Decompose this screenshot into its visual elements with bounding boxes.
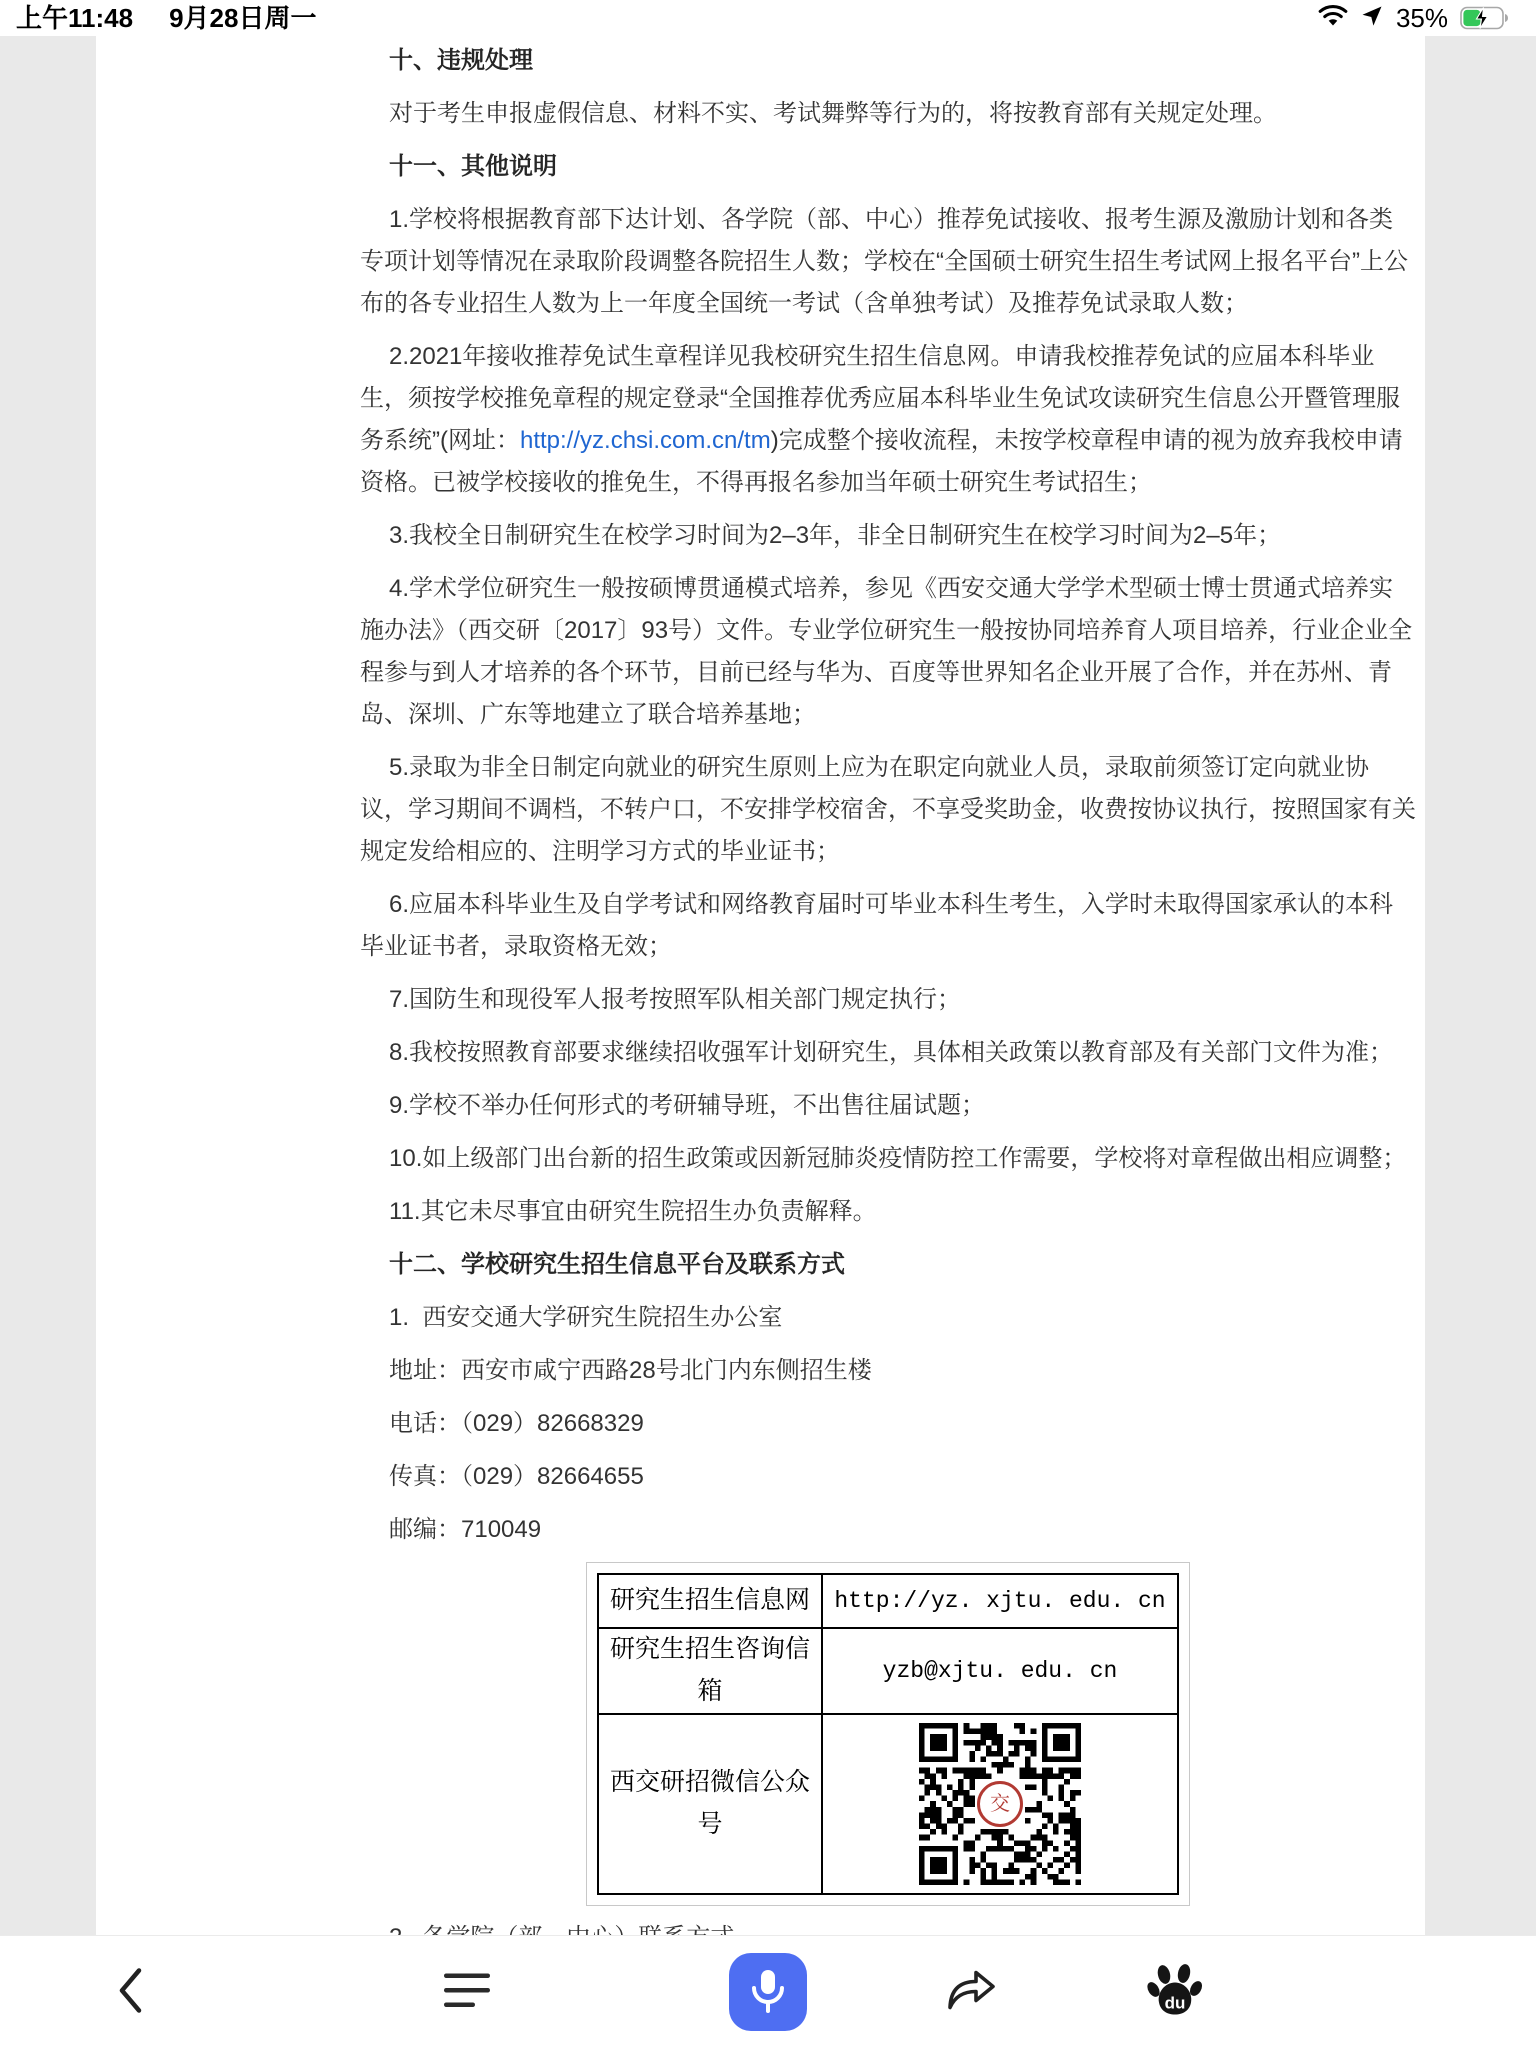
paragraph: 地址：西安市咸宁西路28号北门内东侧招生楼: [360, 1350, 1416, 1392]
doc-blocks: 十、违规处理对于考生申报虚假信息、材料不实、考试舞弊等行为的，将按教育部有关规定…: [360, 40, 1416, 1551]
clipped-paragraph: 2. 各学院（部、中心）联系方式: [360, 1917, 1416, 1936]
back-button[interactable]: [116, 1967, 144, 2018]
section-heading: 十二、学校研究生招生信息平台及联系方式: [360, 1244, 1416, 1286]
bottom-toolbar: du: [0, 1935, 1536, 2048]
section-heading: 十、违规处理: [360, 40, 1416, 82]
table-label: 研究生招生信息网: [598, 1574, 822, 1628]
baidu-home-button[interactable]: du: [1147, 1963, 1203, 2022]
paragraph: 5.录取为非全日制定向就业的研究生原则上应为在职定向就业人员，录取前须签订定向就…: [360, 747, 1416, 873]
microphone-icon: [748, 1968, 788, 2017]
table-row: 研究生招生信息网 http://yz. xjtu. edu. cn: [598, 1574, 1178, 1628]
menu-button[interactable]: [443, 1971, 491, 2014]
document-body: 十、违规处理对于考生申报虚假信息、材料不实、考试舞弊等行为的，将按教育部有关规定…: [96, 36, 1425, 1936]
paragraph: 7.国防生和现役军人报考按照军队相关部门规定执行；: [360, 979, 1416, 1021]
voice-search-button[interactable]: [729, 1953, 807, 2031]
table-label: 研究生招生咨询信箱: [598, 1628, 822, 1714]
paragraph: 10.如上级部门出台新的招生政策或因新冠肺炎疫情防控工作需要，学校将对章程做出相…: [360, 1138, 1416, 1180]
inline-link[interactable]: http://yz.chsi.com.cn/tm: [520, 427, 771, 454]
qr-code-image: 交: [919, 1723, 1081, 1885]
status-time: 上午11:48: [16, 0, 133, 36]
status-date: 9月28日周一: [169, 0, 316, 36]
paragraph: 传真：（029）82664655: [360, 1456, 1416, 1498]
admissions-site-url: http://yz. xjtu. edu. cn: [822, 1574, 1178, 1628]
table-row: 西交研招微信公众号 交: [598, 1714, 1178, 1894]
paragraph: 3.我校全日制研究生在校学习时间为2–3年，非全日制研究生在校学习时间为2–5年…: [360, 515, 1416, 557]
battery-percent: 35%: [1396, 3, 1448, 34]
paragraph: 8.我校按照教育部要求继续招收强军计划研究生，具体相关政策以教育部及有关部门文件…: [360, 1032, 1416, 1074]
back-icon: [116, 1967, 144, 2018]
paragraph: 对于考生申报虚假信息、材料不实、考试舞弊等行为的，将按教育部有关规定处理。: [360, 93, 1416, 135]
paragraph: 1. 西安交通大学研究生院招生办公室: [360, 1297, 1416, 1339]
browser-viewport: 十、违规处理对于考生申报虚假信息、材料不实、考试舞弊等行为的，将按教育部有关规定…: [0, 36, 1536, 1936]
paragraph: 电话：（029）82668329: [360, 1403, 1416, 1445]
menu-icon: [443, 1971, 491, 2014]
paragraph: 2.2021年接收推荐免试生章程详见我校研究生招生信息网。申请我校推荐免试的应届…: [360, 336, 1416, 504]
wifi-icon: [1318, 4, 1348, 33]
document-page[interactable]: 十、违规处理对于考生申报虚假信息、材料不实、考试舞弊等行为的，将按教育部有关规定…: [96, 36, 1425, 1936]
qr-cell: 交: [822, 1714, 1178, 1894]
table-row: 研究生招生咨询信箱 yzb@xjtu. edu. cn: [598, 1628, 1178, 1714]
location-arrow-icon: [1360, 4, 1384, 33]
share-icon: [945, 1970, 997, 2015]
paragraph: 邮编：710049: [360, 1509, 1416, 1551]
university-seal-icon: 交: [977, 1781, 1023, 1827]
contact-table: 研究生招生信息网 http://yz. xjtu. edu. cn 研究生招生咨…: [597, 1573, 1179, 1895]
paragraph: 9.学校不举办任何形式的考研辅导班，不出售往届试题；: [360, 1085, 1416, 1127]
share-button[interactable]: [945, 1970, 997, 2015]
contact-table-image: 研究生招生信息网 http://yz. xjtu. edu. cn 研究生招生咨…: [586, 1562, 1190, 1906]
paragraph: 11.其它未尽事宜由研究生院招生办负责解释。: [360, 1191, 1416, 1233]
status-bar: 上午11:48 9月28日周一 35%: [0, 0, 1536, 36]
paragraph: 1.学校将根据教育部下达计划、各学院（部、中心）推荐免试接收、报考生源及激励计划…: [360, 199, 1416, 325]
paragraph: 6.应届本科毕业生及自学考试和网络教育届时可毕业本科生考生，入学时未取得国家承认…: [360, 884, 1416, 968]
table-label: 西交研招微信公众号: [598, 1714, 822, 1894]
admissions-email: yzb@xjtu. edu. cn: [822, 1628, 1178, 1714]
battery-charging-icon: [1460, 6, 1510, 30]
section-heading: 十一、其他说明: [360, 146, 1416, 188]
svg-text:du: du: [1165, 1994, 1186, 2013]
paragraph: 4.学术学位研究生一般按硕博贯通模式培养，参见《西安交通大学学术型硕士博士贯通式…: [360, 568, 1416, 736]
baidu-paw-icon: du: [1147, 1963, 1203, 2022]
